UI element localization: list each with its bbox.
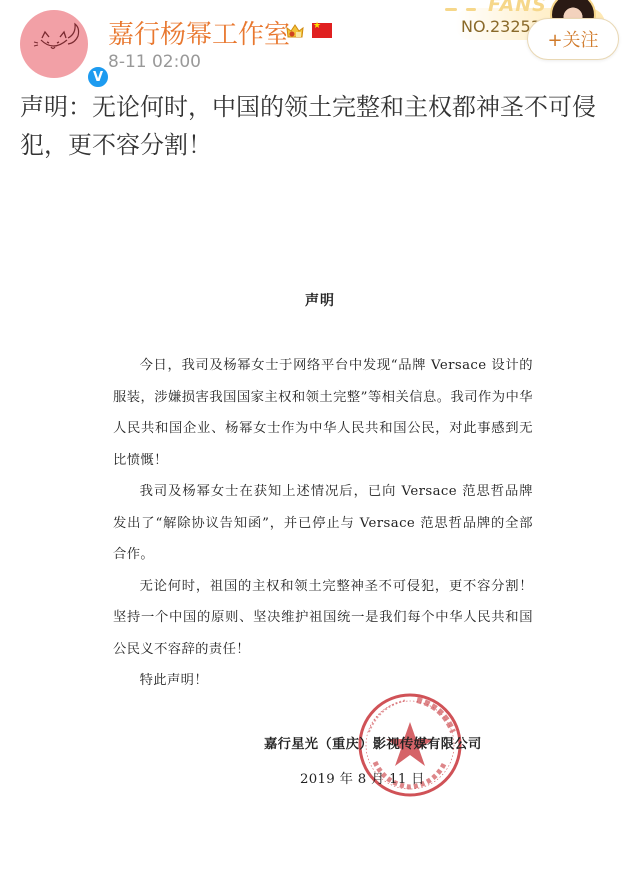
- statement-body: 今日，我司及杨幂女士于网络平台中发现“品牌 Versace 设计的服装，涉嫌损害…: [113, 350, 533, 697]
- fans-decoration: [466, 8, 476, 11]
- statement-image[interactable]: 声明 今日，我司及杨幂女士于网络平台中发现“品牌 Versace 设计的服装，涉…: [0, 180, 640, 883]
- statement-paragraph: 无论何时，祖国的主权和领土完整神圣不可侵犯，更不容分割！坚持一个中国的原则、坚决…: [113, 571, 533, 666]
- post-timestamp[interactable]: 8-11 02:00: [108, 52, 201, 72]
- follow-button[interactable]: +关注: [527, 18, 619, 60]
- verified-badge-icon: V: [86, 65, 110, 89]
- author-name[interactable]: 嘉行杨幂工作室: [108, 14, 290, 51]
- crown-membership-icon: [285, 22, 305, 40]
- cat-face-icon: [20, 10, 88, 78]
- fans-decoration: [445, 8, 457, 11]
- statement-title: 声明: [0, 290, 640, 310]
- statement-signature: 嘉行星光（重庆）影视传媒有限公司: [264, 733, 482, 752]
- china-flag-icon: [312, 23, 332, 38]
- fans-label: FANS: [488, 0, 547, 16]
- statement-paragraph: 今日，我司及杨幂女士于网络平台中发现“品牌 Versace 设计的服装，涉嫌损害…: [113, 350, 533, 476]
- post-text: 声明：无论何时，中国的领土完整和主权都神圣不可侵犯，更不容分割！: [20, 88, 620, 164]
- statement-paragraph: 我司及杨幂女士在获知上述情况后，已向 Versace 范思哲品牌发出了“解除协议…: [113, 476, 533, 571]
- statement-paragraph: 特此声明！: [113, 665, 533, 697]
- avatar[interactable]: V: [20, 10, 88, 78]
- statement-date: 2019 年 8 月 11 日: [300, 768, 425, 787]
